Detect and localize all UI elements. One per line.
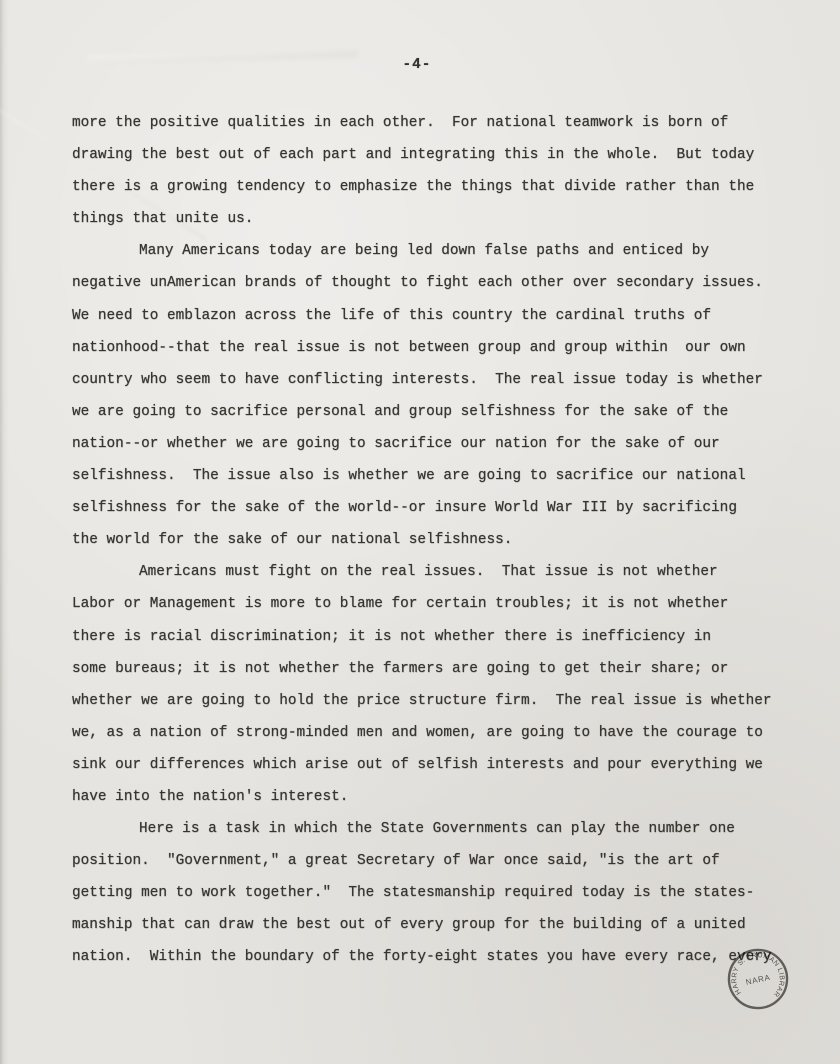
document-line: nation--or whether we are going to sacri… [72, 428, 792, 460]
document-line: position. "Government," a great Secretar… [72, 845, 792, 877]
document-line: have into the nation's interest. [72, 781, 792, 813]
document-line: getting men to work together." The state… [72, 877, 792, 909]
document-page: -4- more the positive qualities in each … [0, 0, 840, 1064]
document-line: whether we are going to hold the price s… [72, 685, 792, 717]
document-line: we are going to sacrifice personal and g… [72, 396, 792, 428]
document-line: Americans must fight on the real issues.… [72, 556, 792, 588]
document-line: negative unAmerican brands of thought to… [72, 267, 792, 299]
document-line: sink our differences which arise out of … [72, 749, 792, 781]
document-line: the world for the sake of our national s… [72, 524, 792, 556]
document-line: there is racial discrimination; it is no… [72, 621, 792, 653]
document-line: selfishness. The issue also is whether w… [72, 460, 792, 492]
archive-stamp-graphic: HARRY S. TRUMAN LIBRARY NARA [723, 944, 793, 1014]
document-line: country who seem to have conflicting int… [72, 364, 792, 396]
document-line: selfishness for the sake of the world--o… [72, 492, 792, 524]
document-line: we, as a nation of strong-minded men and… [72, 717, 792, 749]
document-line: Many Americans today are being led down … [72, 235, 792, 267]
document-line: nationhood--that the real issue is not b… [72, 332, 792, 364]
archive-stamp: HARRY S. TRUMAN LIBRARY NARA [723, 944, 793, 1014]
document-line: nation. Within the boundary of the forty… [72, 941, 792, 973]
document-line: We need to emblazon across the life of t… [72, 300, 792, 332]
document-line: some bureaus; it is not whether the farm… [72, 653, 792, 685]
document-line: things that unite us. [72, 203, 792, 235]
document-line: Labor or Management is more to blame for… [72, 588, 792, 620]
stamp-center-text: NARA [745, 973, 771, 987]
document-line: Here is a task in which the State Govern… [72, 813, 792, 845]
document-body: more the positive qualities in each othe… [72, 107, 792, 974]
document-line: more the positive qualities in each othe… [72, 107, 792, 139]
document-line: there is a growing tendency to emphasize… [72, 171, 792, 203]
document-line: manship that can draw the best out of ev… [72, 909, 792, 941]
page-number: -4- [0, 57, 834, 73]
document-line: drawing the best out of each part and in… [72, 139, 792, 171]
